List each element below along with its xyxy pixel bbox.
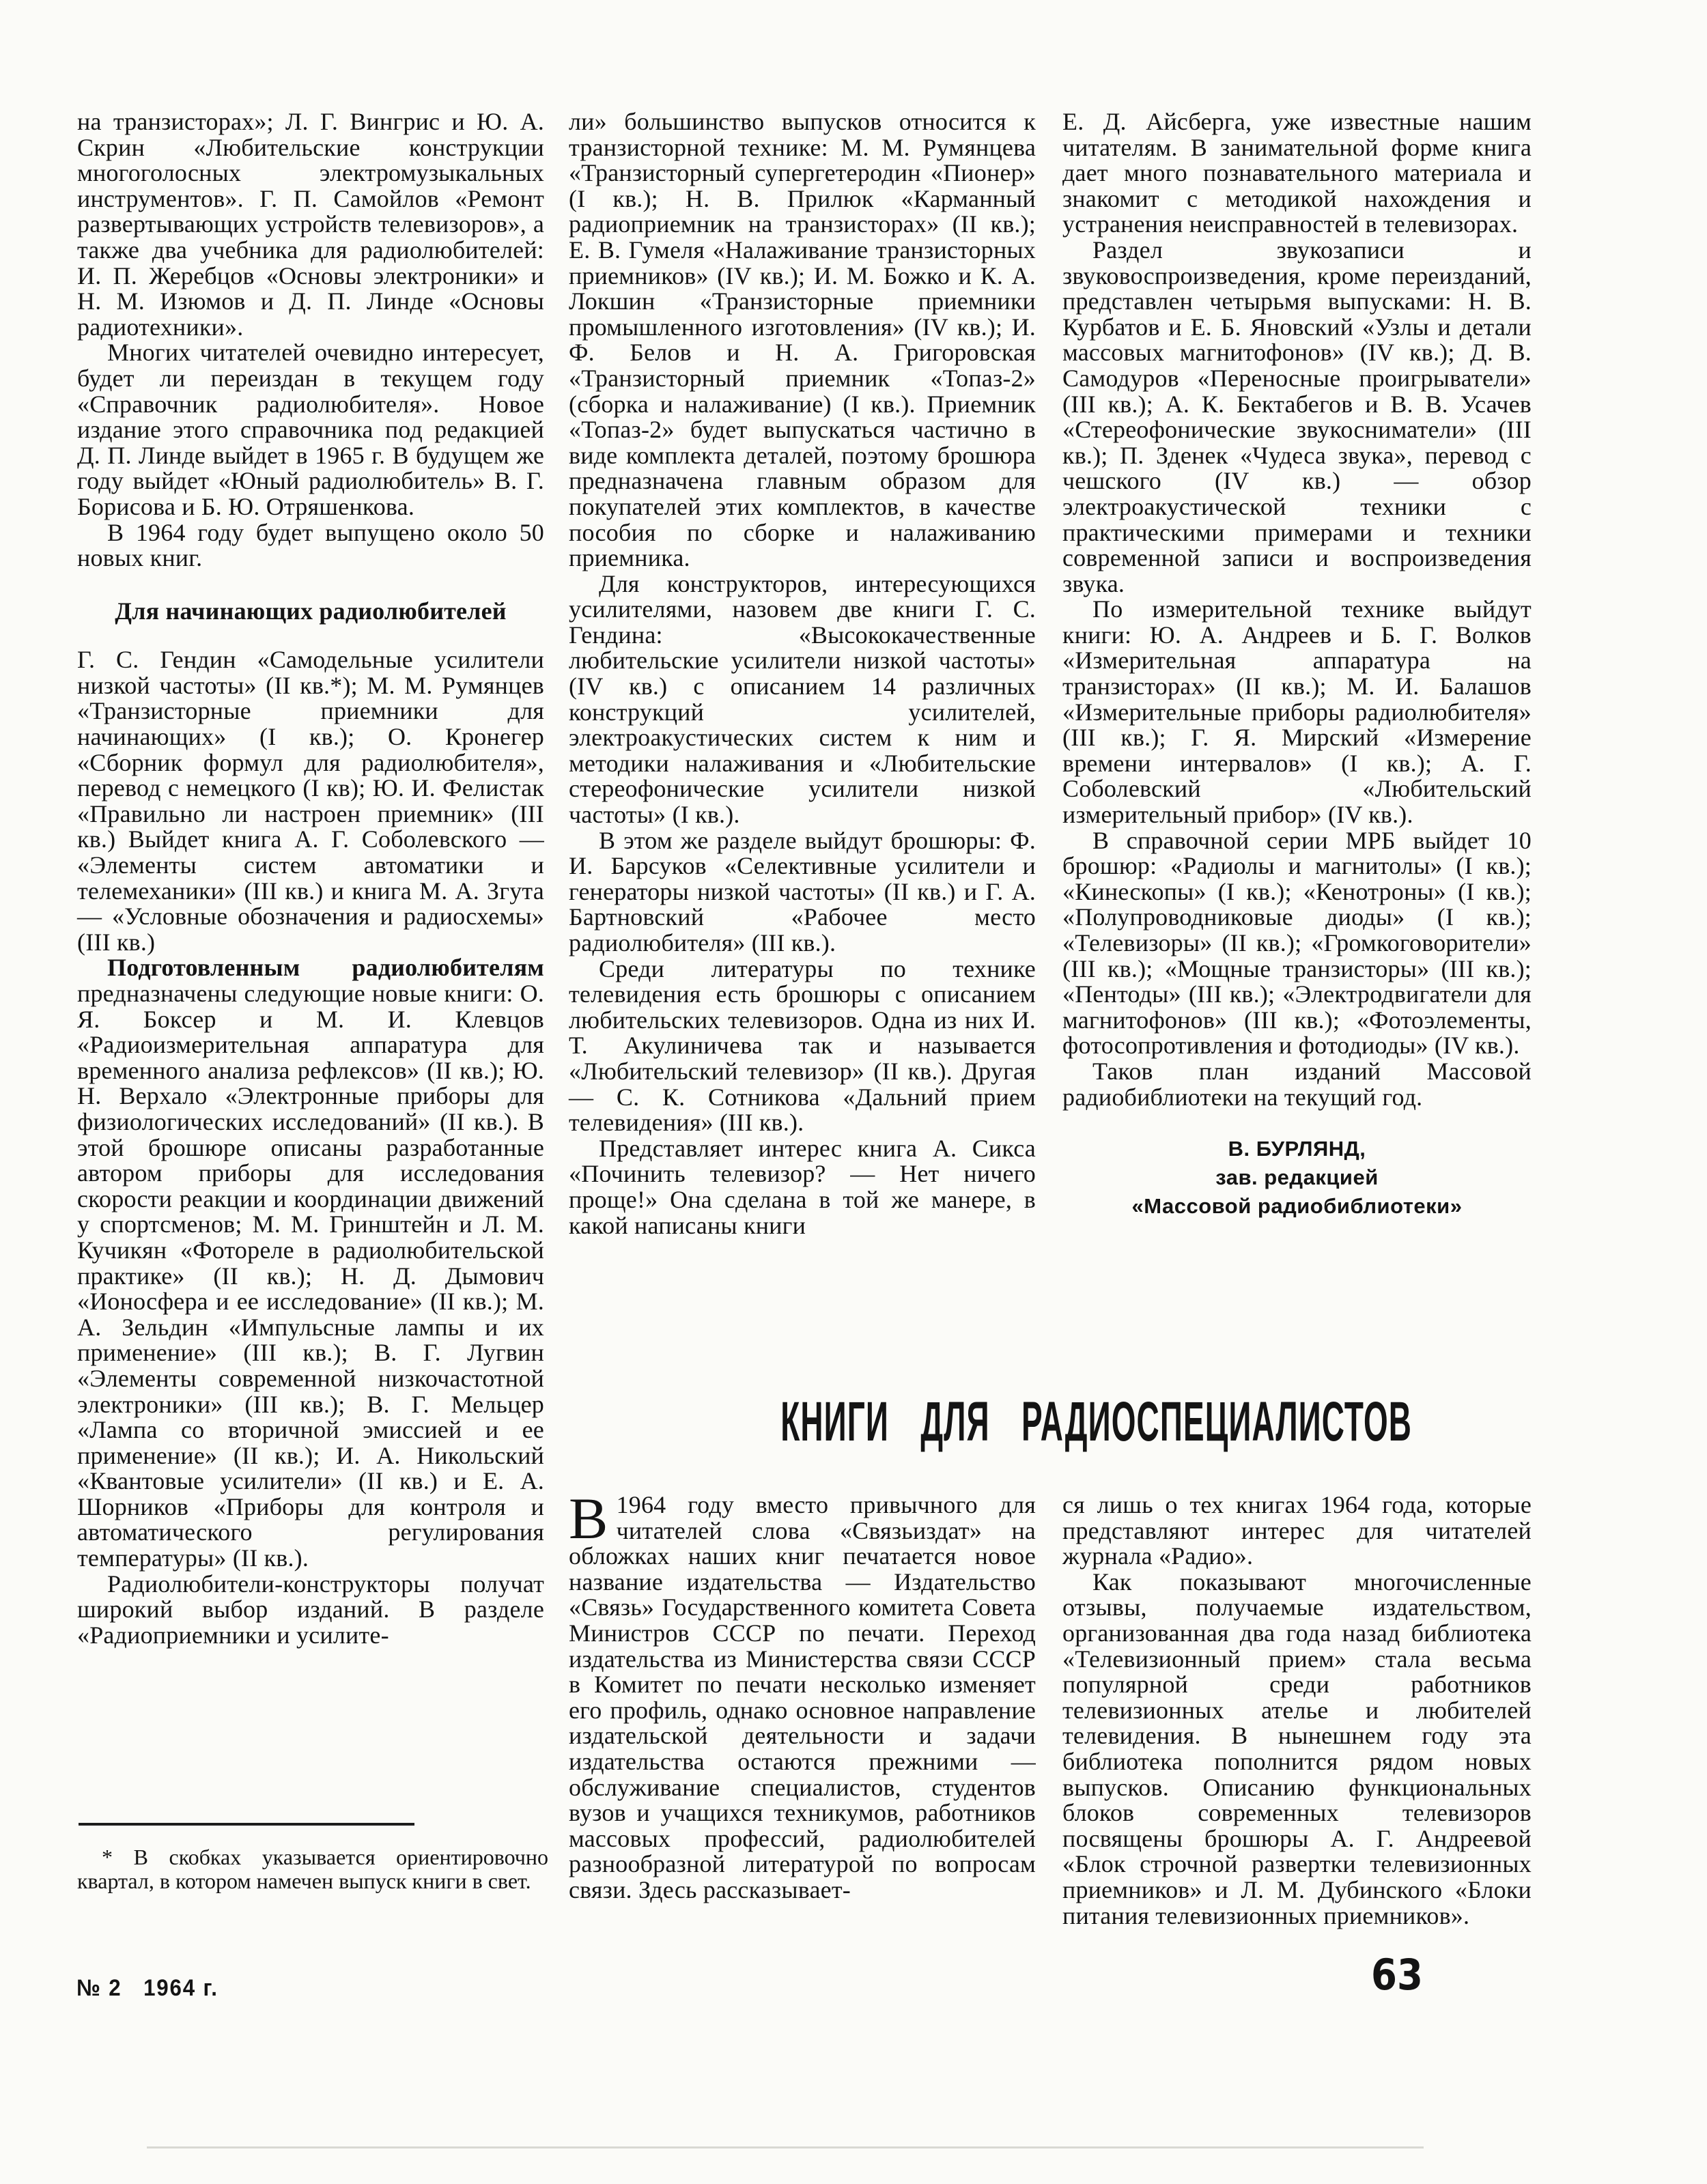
signature-block: В. БУРЛЯНД,зав. редакцией«Массовой радио… <box>1062 1135 1532 1221</box>
drop-cap: В <box>569 1492 617 1542</box>
paragraph: на транзисторах»; Л. Г. Вингрис и Ю. А. … <box>77 109 544 340</box>
paragraph: Е. Д. Айсберга, уже известные нашим чита… <box>1062 109 1532 238</box>
paragraph: В 1964 году будет выпущено около 50 новы… <box>77 520 544 571</box>
paragraph: Многих читателей очевидно интересует, бу… <box>77 340 544 520</box>
paragraph: Таков план изданий Массовой радиобиблиот… <box>1062 1059 1532 1110</box>
scan-artifact-line <box>147 2146 1424 2148</box>
paragraph: Подготовленным радиолюбителям предназнач… <box>77 955 544 1571</box>
paragraph: По измерительной технике выйдут книги: Ю… <box>1062 597 1532 827</box>
issue-label: № 2 1964 г. <box>76 1975 218 2002</box>
magazine-page: на транзисторах»; Л. Г. Вингрис и Ю. А. … <box>0 0 1707 2184</box>
paragraph: Раздел звукозаписи и звуковоспроизведени… <box>1062 238 1532 597</box>
paragraph: Представляет интерес книга А. Сикса «Поч… <box>569 1136 1036 1238</box>
middle-column-top: ли» большинство выпусков относится к тра… <box>569 109 1036 1238</box>
signature-role: «Массовой радиобиблиотеки» <box>1062 1192 1532 1221</box>
footnote: * В скобках указывается ориентировочно к… <box>77 1845 548 1893</box>
paragraph: В этом же разделе выйдут брошюры: Ф. И. … <box>569 828 1036 956</box>
article-title: КНИГИ ДЛЯ РАДИОСПЕЦИАЛИСТОВ <box>780 1394 1320 1450</box>
middle-column-bottom: В1964 году вместо привычного для читател… <box>569 1492 1036 1903</box>
left-column: на транзисторах»; Л. Г. Вингрис и Ю. А. … <box>77 109 544 1648</box>
paragraph: Для конструкторов, интересующихся усилит… <box>569 571 1036 828</box>
signature-name: В. БУРЛЯНД, <box>1062 1135 1532 1163</box>
run-in-heading: Подготовленным радиолюбителям <box>107 954 544 981</box>
paragraph: ся лишь о тех книгах 1964 года, которые … <box>1062 1492 1532 1570</box>
section-subheading: Для начинающих радиолюбителей <box>77 599 544 625</box>
paragraph: Среди литературы по технике телевидения … <box>569 956 1036 1136</box>
signature-role: зав. редакцией <box>1062 1163 1532 1192</box>
paragraph: Как показывают многочисленные отзывы, по… <box>1062 1570 1532 1929</box>
paragraph: В1964 году вместо привычного для читател… <box>569 1492 1036 1903</box>
footnote-separator <box>79 1823 414 1826</box>
paragraph: Г. С. Гендин «Самодельные усилители низк… <box>77 647 544 955</box>
right-column-top: Е. Д. Айсберга, уже известные нашим чита… <box>1062 109 1532 1221</box>
paragraph: ли» большинство выпусков относится к тра… <box>569 109 1036 571</box>
paragraph: В справочной серии МРБ выйдет 10 брошюр:… <box>1062 828 1532 1059</box>
page-number: 63 <box>1371 1950 1423 2000</box>
paragraph: Радиолюбители-конструкторы получат широк… <box>77 1572 544 1649</box>
right-column-bottom: ся лишь о тех книгах 1964 года, которые … <box>1062 1492 1532 1929</box>
